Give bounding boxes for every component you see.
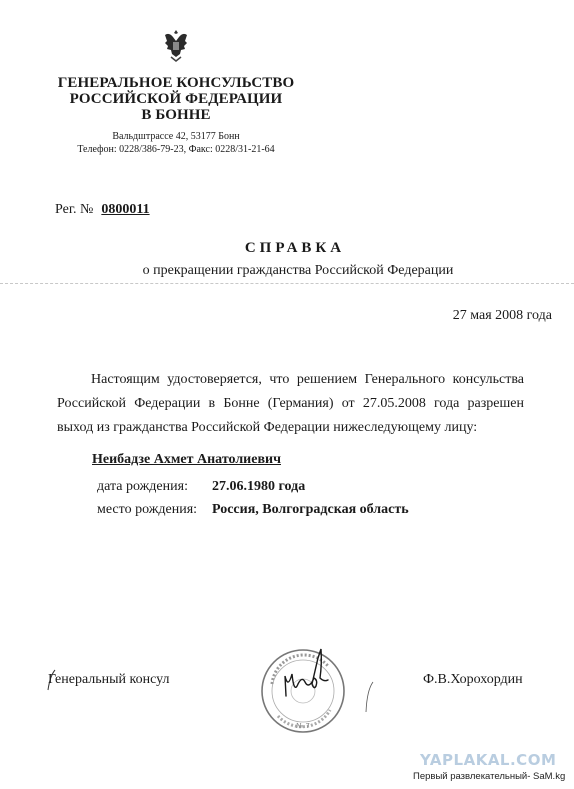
birth-place-label: место рождения: (97, 502, 197, 518)
watermark-tagline: Первый развлекательный- SaM.kg (413, 771, 565, 782)
body-line: Российской Федерации в Бонне (Германия) … (57, 392, 524, 416)
birth-date-row: дата рождения: 27.06.1980 года (97, 479, 497, 497)
birth-place-row: место рождения: Россия, Волгоградская об… (97, 502, 497, 520)
org-name-line-1: ГЕНЕРАЛЬНОЕ КОНСУЛЬСТВО (0, 75, 352, 91)
address: Вальдштрассе 42, 53177 Бонн (0, 130, 352, 143)
birth-place-value: Россия, Волгоградская область (212, 502, 409, 518)
signatory-name: Ф.В.Хорохордин (423, 672, 523, 688)
body-paragraph: Настоящим удостоверяется, что решением Г… (57, 368, 524, 440)
document-subtitle: о прекращении гражданства Российской Фед… (0, 263, 574, 279)
document-date: 27 мая 2008 года (453, 308, 552, 324)
body-line: Настоящим удостоверяется, что решением Г… (57, 368, 524, 392)
org-name-line-3: В БОННЕ (0, 107, 352, 123)
org-name-line-2: РОССИЙСКОЙ ФЕДЕРАЦИИ (0, 91, 352, 107)
coat-of-arms-icon (161, 27, 191, 63)
watermark-site: YAPLAKAL.COM (420, 751, 556, 769)
body-line: выход из гражданства Российской Федераци… (57, 416, 524, 440)
signatory-position: Генеральный консул (48, 672, 170, 688)
official-seal-icon: № 7 (258, 644, 348, 734)
contacts: Телефон: 0228/386-79-23, Факс: 0228/31-2… (0, 143, 352, 156)
divider (0, 283, 574, 284)
registration-number: Рег. №0800011 (55, 202, 150, 218)
document-title: СПРАВКА (0, 240, 574, 257)
svg-text:№ 7: № 7 (296, 722, 310, 730)
person-full-name: Неибадзе Ахмет Анатолиевич (92, 452, 281, 468)
pen-mark-icon (364, 680, 374, 714)
registration-value: 0800011 (101, 202, 149, 217)
registration-label: Рег. № (55, 202, 93, 217)
birth-date-value: 27.06.1980 года (212, 479, 305, 495)
birth-date-label: дата рождения: (97, 479, 188, 495)
